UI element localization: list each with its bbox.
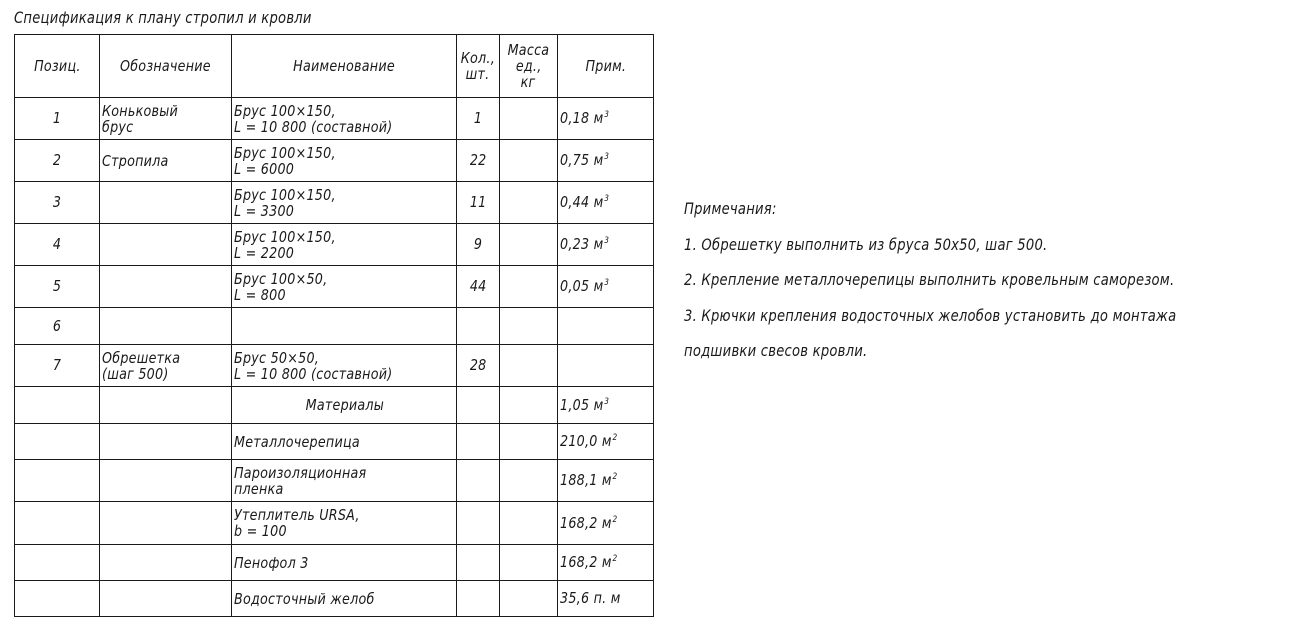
header-quantity: Кол., шт. bbox=[457, 35, 500, 98]
table-row: Пенофол 3168,2 м2 bbox=[15, 545, 654, 581]
table-body: 1КоньковыйбрусБрус 100×150,L = 10 800 (с… bbox=[15, 98, 654, 617]
cell-designation bbox=[100, 266, 232, 308]
cell-note: 0,23 м3 bbox=[558, 224, 654, 266]
cell-name: Брус 100×150,L = 3300 bbox=[232, 182, 457, 224]
unit-exponent: 3 bbox=[604, 152, 609, 162]
cell-note: 168,2 м2 bbox=[558, 545, 654, 581]
cell-position: 6 bbox=[15, 308, 100, 345]
header-name: Наименование bbox=[232, 35, 457, 98]
cell-name: Металлочерепица bbox=[232, 424, 457, 460]
cell-position bbox=[15, 545, 100, 581]
cell-quantity: 22 bbox=[457, 140, 500, 182]
header-position: Позиц. bbox=[15, 35, 100, 98]
unit-exponent: 3 bbox=[604, 110, 609, 120]
header-mass: Масса ед., кг bbox=[500, 35, 558, 98]
unit-exponent: 3 bbox=[604, 278, 609, 288]
unit-exponent: 3 bbox=[604, 236, 609, 246]
cell-note: 35,6 п. м bbox=[558, 581, 654, 617]
unit-exponent: 2 bbox=[613, 433, 618, 443]
cell-mass bbox=[500, 308, 558, 345]
cell-quantity: 28 bbox=[457, 345, 500, 387]
table-row: Водосточный желоб35,6 п. м bbox=[15, 581, 654, 617]
note-item: 1. Обрешетку выполнить из бруса 50х50, ш… bbox=[684, 232, 1284, 268]
unit-exponent: 2 bbox=[613, 515, 618, 525]
cell-name: Материалы bbox=[232, 387, 457, 424]
cell-note: 1,05 м3 bbox=[558, 387, 654, 424]
cell-mass bbox=[500, 182, 558, 224]
note-value: 0,05 м3 bbox=[560, 278, 609, 295]
cell-name: Брус 100×150,L = 2200 bbox=[232, 224, 457, 266]
cell-quantity: 9 bbox=[457, 224, 500, 266]
cell-designation bbox=[100, 387, 232, 424]
cell-quantity bbox=[457, 545, 500, 581]
cell-mass bbox=[500, 424, 558, 460]
table-row: 7Обрешетка(шаг 500)Брус 50×50,L = 10 800… bbox=[15, 345, 654, 387]
cell-position bbox=[15, 460, 100, 502]
note-item: 3. Крючки крепления водосточных желобов … bbox=[684, 303, 1284, 339]
cell-quantity: 11 bbox=[457, 182, 500, 224]
cell-designation: Обрешетка(шаг 500) bbox=[100, 345, 232, 387]
cell-designation bbox=[100, 182, 232, 224]
note-value: 0,44 м3 bbox=[560, 194, 609, 211]
cell-note: 210,0 м2 bbox=[558, 424, 654, 460]
cell-name: Утеплитель URSA,b = 100 bbox=[232, 502, 457, 545]
cell-designation bbox=[100, 308, 232, 345]
notes-block: Примечания: 1. Обрешетку выполнить из бр… bbox=[684, 196, 1284, 374]
cell-name: Брус 100×50,L = 800 bbox=[232, 266, 457, 308]
table-header-row: Позиц. Обозначение Наименование Кол., шт… bbox=[15, 35, 654, 98]
note-value: 188,1 м2 bbox=[560, 472, 618, 489]
cell-quantity bbox=[457, 581, 500, 617]
note-value: 168,2 м2 bbox=[560, 554, 618, 571]
table-row: 6 bbox=[15, 308, 654, 345]
cell-name bbox=[232, 308, 457, 345]
table-row: 5Брус 100×50,L = 800440,05 м3 bbox=[15, 266, 654, 308]
note-value: 1,05 м3 bbox=[560, 397, 609, 414]
cell-designation: Коньковыйбрус bbox=[100, 98, 232, 140]
table-row: Материалы1,05 м3 bbox=[15, 387, 654, 424]
cell-mass bbox=[500, 545, 558, 581]
cell-name: Брус 50×50,L = 10 800 (составной) bbox=[232, 345, 457, 387]
cell-note: 0,05 м3 bbox=[558, 266, 654, 308]
cell-name: Пенофол 3 bbox=[232, 545, 457, 581]
cell-position: 5 bbox=[15, 266, 100, 308]
cell-designation bbox=[100, 545, 232, 581]
cell-note: 168,2 м2 bbox=[558, 502, 654, 545]
cell-position: 1 bbox=[15, 98, 100, 140]
table-row: 1КоньковыйбрусБрус 100×150,L = 10 800 (с… bbox=[15, 98, 654, 140]
cell-mass bbox=[500, 140, 558, 182]
cell-mass bbox=[500, 98, 558, 140]
cell-note bbox=[558, 308, 654, 345]
note-item: 2. Крепление металлочерепицы выполнить к… bbox=[684, 267, 1284, 303]
note-value: 0,75 м3 bbox=[560, 152, 609, 169]
table-row: 2СтропилаБрус 100×150,L = 6000220,75 м3 bbox=[15, 140, 654, 182]
header-note: Прим. bbox=[558, 35, 654, 98]
cell-quantity: 1 bbox=[457, 98, 500, 140]
document-title: Спецификация к плану стропил и кровли bbox=[14, 8, 377, 27]
unit-exponent: 2 bbox=[613, 472, 618, 482]
cell-mass bbox=[500, 345, 558, 387]
cell-designation: Стропила bbox=[100, 140, 232, 182]
notes-heading: Примечания: bbox=[684, 196, 1284, 232]
table-row: Утеплитель URSA,b = 100168,2 м2 bbox=[15, 502, 654, 545]
cell-quantity bbox=[457, 502, 500, 545]
cell-quantity bbox=[457, 424, 500, 460]
unit-exponent: 3 bbox=[604, 194, 609, 204]
note-value: 0,23 м3 bbox=[560, 236, 609, 253]
table-row: Пароизоляционнаяпленка188,1 м2 bbox=[15, 460, 654, 502]
cell-position bbox=[15, 387, 100, 424]
cell-note bbox=[558, 345, 654, 387]
cell-note: 0,18 м3 bbox=[558, 98, 654, 140]
cell-mass bbox=[500, 502, 558, 545]
table-row: 3Брус 100×150,L = 3300110,44 м3 bbox=[15, 182, 654, 224]
cell-position: 3 bbox=[15, 182, 100, 224]
cell-mass bbox=[500, 460, 558, 502]
cell-position bbox=[15, 424, 100, 460]
table-row: Металлочерепица210,0 м2 bbox=[15, 424, 654, 460]
cell-name: Пароизоляционнаяпленка bbox=[232, 460, 457, 502]
note-value bbox=[560, 318, 561, 335]
cell-mass bbox=[500, 266, 558, 308]
cell-position: 7 bbox=[15, 345, 100, 387]
cell-designation bbox=[100, 502, 232, 545]
cell-position bbox=[15, 502, 100, 545]
cell-quantity bbox=[457, 387, 500, 424]
cell-note: 0,44 м3 bbox=[558, 182, 654, 224]
note-value bbox=[560, 357, 561, 374]
cell-mass bbox=[500, 581, 558, 617]
cell-designation bbox=[100, 224, 232, 266]
cell-position: 4 bbox=[15, 224, 100, 266]
cell-name: Брус 100×150,L = 10 800 (составной) bbox=[232, 98, 457, 140]
cell-position: 2 bbox=[15, 140, 100, 182]
cell-designation bbox=[100, 581, 232, 617]
cell-name: Брус 100×150,L = 6000 bbox=[232, 140, 457, 182]
cell-note: 0,75 м3 bbox=[558, 140, 654, 182]
table-row: 4Брус 100×150,L = 220090,23 м3 bbox=[15, 224, 654, 266]
note-value: 0,18 м3 bbox=[560, 110, 609, 127]
cell-mass bbox=[500, 387, 558, 424]
note-value: 168,2 м2 bbox=[560, 515, 618, 532]
cell-name: Водосточный желоб bbox=[232, 581, 457, 617]
cell-quantity bbox=[457, 460, 500, 502]
note-value: 35,6 п. м bbox=[560, 590, 621, 607]
unit-exponent: 3 bbox=[604, 397, 609, 407]
cell-mass bbox=[500, 224, 558, 266]
specification-table: Позиц. Обозначение Наименование Кол., шт… bbox=[14, 34, 654, 617]
note-value: 210,0 м2 bbox=[560, 433, 618, 450]
cell-quantity bbox=[457, 308, 500, 345]
note-item-continuation: подшивки свесов кровли. bbox=[684, 338, 1284, 374]
cell-note: 188,1 м2 bbox=[558, 460, 654, 502]
cell-quantity: 44 bbox=[457, 266, 500, 308]
header-designation: Обозначение bbox=[100, 35, 232, 98]
cell-designation bbox=[100, 424, 232, 460]
unit-exponent: 2 bbox=[613, 554, 618, 564]
cell-position bbox=[15, 581, 100, 617]
cell-designation bbox=[100, 460, 232, 502]
